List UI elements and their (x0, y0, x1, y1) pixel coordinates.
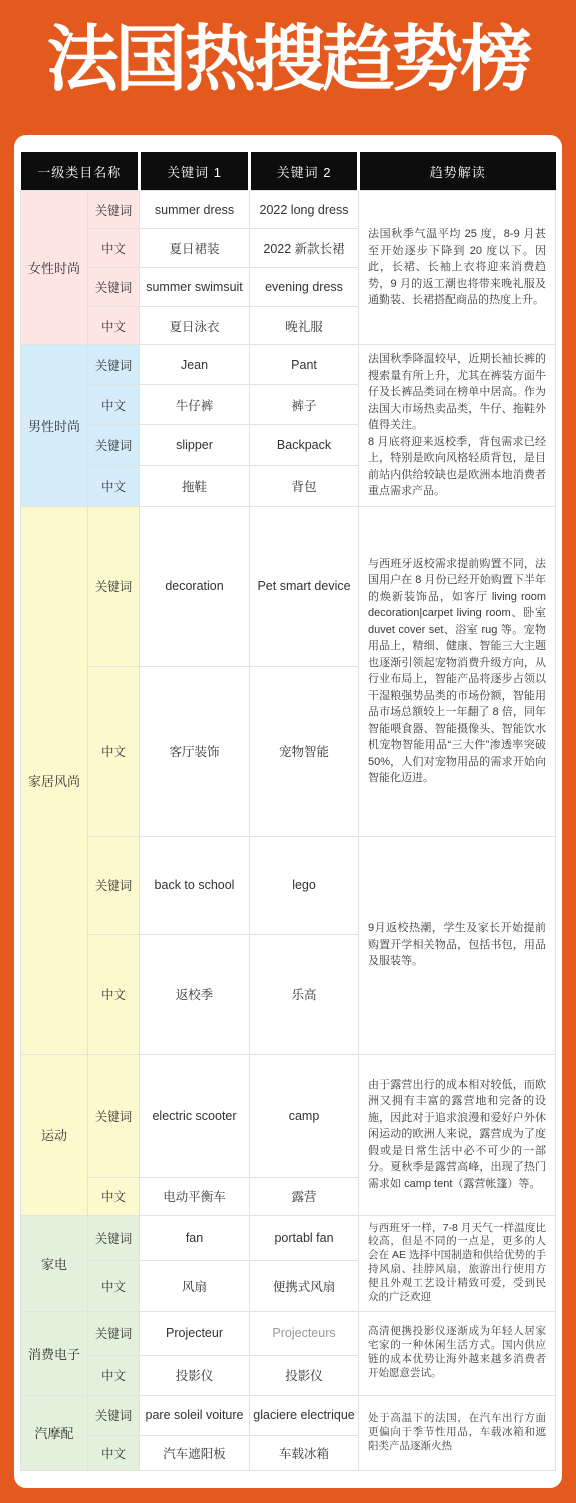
table-row: 运动 关键词 electric scooter camp 由于露营出行的成本相对… (21, 1054, 556, 1177)
keyword-cell: 露营 (250, 1177, 359, 1215)
keyword-cell: camp (250, 1054, 359, 1177)
keyword-cell: Projecteur (140, 1311, 250, 1355)
row-type-label: 中文 (88, 229, 140, 268)
keyword-cell: portabl fan (250, 1215, 359, 1261)
content-card: 一级类目名称 关键词 1 关键词 2 趋势解读 女性时尚 关键词 summer … (14, 135, 562, 1488)
keyword-cell: 便携式风扇 (250, 1261, 359, 1311)
category-cell-appliances: 家电 (21, 1215, 88, 1311)
row-type-label: 关键词 (88, 1215, 140, 1261)
trend-text: 9月返校热潮，学生及家长开始提前购置开学相关物品，包括书包，用品及服装等。 (368, 920, 546, 970)
keyword-cell: 拖鞋 (140, 466, 250, 506)
keyword-cell: 投影仪 (140, 1355, 250, 1395)
keyword-cell: 车载冰箱 (250, 1435, 359, 1470)
keyword-cell: 2022 新款长裙 (250, 229, 359, 268)
keyword-cell: 风扇 (140, 1261, 250, 1311)
keyword-cell: 晚礼服 (250, 307, 359, 345)
trend-text: 由于露营出行的成本相对较低，而欧洲又拥有丰富的露营地和完备的设施，因此对于追求浪… (368, 1077, 546, 1193)
trend-cell: 由于露营出行的成本相对较低，而欧洲又拥有丰富的露营地和完备的设施，因此对于追求浪… (359, 1054, 556, 1215)
table-row: 家电 关键词 fan portabl fan 与西班牙一样，7-8 月天气一样温… (21, 1215, 556, 1261)
row-type-label: 关键词 (88, 191, 140, 229)
keyword-cell: 牛仔裤 (140, 385, 250, 425)
trend-text: 法国秋季降温较早，近期长袖长裤的搜索量有所上升，尤其在裤装方面牛仔及长裤品类词在… (368, 351, 546, 500)
row-type-label: 中文 (88, 1435, 140, 1470)
keyword-cell: Pant (250, 345, 359, 385)
keyword-cell: 夏日泳衣 (140, 307, 250, 345)
keyword-cell: Pet smart device (250, 506, 359, 666)
keyword-cell: 乐高 (250, 934, 359, 1054)
trend-text: 高清便携投影仪逐渐成为年轻人居家宅家的一种休闲生活方式。国内供应链的成本优势让海… (368, 1325, 546, 1380)
keyword-cell: electric scooter (140, 1054, 250, 1177)
row-type-label: 中文 (88, 1177, 140, 1215)
row-type-label: 关键词 (88, 1311, 140, 1355)
category-cell-men-fashion: 男性时尚 (21, 345, 88, 507)
keyword-cell: 投影仪 (250, 1355, 359, 1395)
keyword-cell-muted: Projecteurs (250, 1311, 359, 1355)
trend-cell: 法国秋季降温较早，近期长袖长裤的搜索量有所上升，尤其在裤装方面牛仔及长裤品类词在… (359, 345, 556, 507)
trend-cell: 9月返校热潮，学生及家长开始提前购置开学相关物品，包括书包，用品及服装等。 (359, 836, 556, 1054)
keyword-cell: summer dress (140, 191, 250, 229)
keyword-cell: 裤子 (250, 385, 359, 425)
keyword-cell: fan (140, 1215, 250, 1261)
row-type-label: 关键词 (88, 506, 140, 666)
row-type-label: 中文 (88, 307, 140, 345)
trend-cell: 与西班牙一样，7-8 月天气一样温度比较高，但是不同的一点是，更多的人会在 AE… (359, 1215, 556, 1311)
trend-text: 法国秋季气温平均 25 度，8-9 月甚至开始逐步下降到 20 度以下。因此，长… (368, 226, 546, 309)
keyword-cell: Backpack (250, 425, 359, 466)
trend-cell: 法国秋季气温平均 25 度，8-9 月甚至开始逐步下降到 20 度以下。因此，长… (359, 191, 556, 345)
trend-table: 一级类目名称 关键词 1 关键词 2 趋势解读 女性时尚 关键词 summer … (20, 152, 556, 1471)
keyword-cell: 夏日裙装 (140, 229, 250, 268)
row-type-label: 中文 (88, 385, 140, 425)
header-keyword-1: 关键词 1 (140, 152, 250, 191)
row-type-label: 中文 (88, 1261, 140, 1311)
keyword-cell: 背包 (250, 466, 359, 506)
keyword-cell: Jean (140, 345, 250, 385)
category-cell-auto-moto: 汽摩配 (21, 1395, 88, 1470)
trend-text: 与西班牙一样，7-8 月天气一样温度比较高，但是不同的一点是，更多的人会在 AE… (368, 1222, 546, 1305)
row-type-label: 关键词 (88, 1395, 140, 1435)
keyword-cell: 客厅装饰 (140, 666, 250, 836)
row-type-label: 关键词 (88, 1054, 140, 1177)
keyword-cell: 汽车遮阳板 (140, 1435, 250, 1470)
category-cell-home-style: 家居风尚 (21, 506, 88, 1054)
page-title: 法国热搜趋势榜 (0, 14, 576, 108)
row-type-label: 关键词 (88, 425, 140, 466)
row-type-label: 关键词 (88, 345, 140, 385)
row-type-label: 关键词 (88, 836, 140, 934)
header-keyword-2: 关键词 2 (250, 152, 359, 191)
keyword-cell: lego (250, 836, 359, 934)
row-type-label: 关键词 (88, 268, 140, 307)
table-row: 男性时尚 关键词 Jean Pant 法国秋季降温较早，近期长袖长裤的搜索量有所… (21, 345, 556, 385)
table-row: 关键词 back to school lego 9月返校热潮，学生及家长开始提前… (21, 836, 556, 934)
trend-text: 与西班牙返校需求提前购置不同，法国用户在 8 月份已经开始购置下半年的焕新装饰品… (368, 556, 546, 787)
keyword-cell: decoration (140, 506, 250, 666)
row-type-label: 中文 (88, 1355, 140, 1395)
trend-text: 处于高温下的法国，在汽车出行方面更偏向于季节性用品，车载冰箱和遮阳类产品逐渐火热 (368, 1412, 546, 1454)
trend-cell: 与西班牙返校需求提前购置不同，法国用户在 8 月份已经开始购置下半年的焕新装饰品… (359, 506, 556, 836)
keyword-cell: back to school (140, 836, 250, 934)
header-trend: 趋势解读 (359, 152, 556, 191)
trend-cell: 处于高温下的法国，在汽车出行方面更偏向于季节性用品，车载冰箱和遮阳类产品逐渐火热 (359, 1395, 556, 1470)
trend-cell: 高清便携投影仪逐渐成为年轻人居家宅家的一种休闲生活方式。国内供应链的成本优势让海… (359, 1311, 556, 1395)
table-row: 消费电子 关键词 Projecteur Projecteurs 高清便携投影仪逐… (21, 1311, 556, 1355)
table-row: 家居风尚 关键词 decoration Pet smart device 与西班… (21, 506, 556, 666)
keyword-cell: evening dress (250, 268, 359, 307)
keyword-cell: 2022 long dress (250, 191, 359, 229)
category-cell-women-fashion: 女性时尚 (21, 191, 88, 345)
keyword-cell: summer swimsuit (140, 268, 250, 307)
keyword-cell: pare soleil voiture (140, 1395, 250, 1435)
header-category: 一级类目名称 (21, 152, 140, 191)
row-type-label: 中文 (88, 466, 140, 506)
category-cell-sports: 运动 (21, 1054, 88, 1215)
keyword-cell: 宠物智能 (250, 666, 359, 836)
keyword-cell: 电动平衡车 (140, 1177, 250, 1215)
keyword-cell: glaciere electrique (250, 1395, 359, 1435)
table-row: 汽摩配 关键词 pare soleil voiture glaciere ele… (21, 1395, 556, 1435)
table-row: 女性时尚 关键词 summer dress 2022 long dress 法国… (21, 191, 556, 229)
row-type-label: 中文 (88, 934, 140, 1054)
table-header-row: 一级类目名称 关键词 1 关键词 2 趋势解读 (21, 152, 556, 191)
keyword-cell: slipper (140, 425, 250, 466)
category-cell-consumer-electronics: 消费电子 (21, 1311, 88, 1395)
keyword-cell: 返校季 (140, 934, 250, 1054)
row-type-label: 中文 (88, 666, 140, 836)
